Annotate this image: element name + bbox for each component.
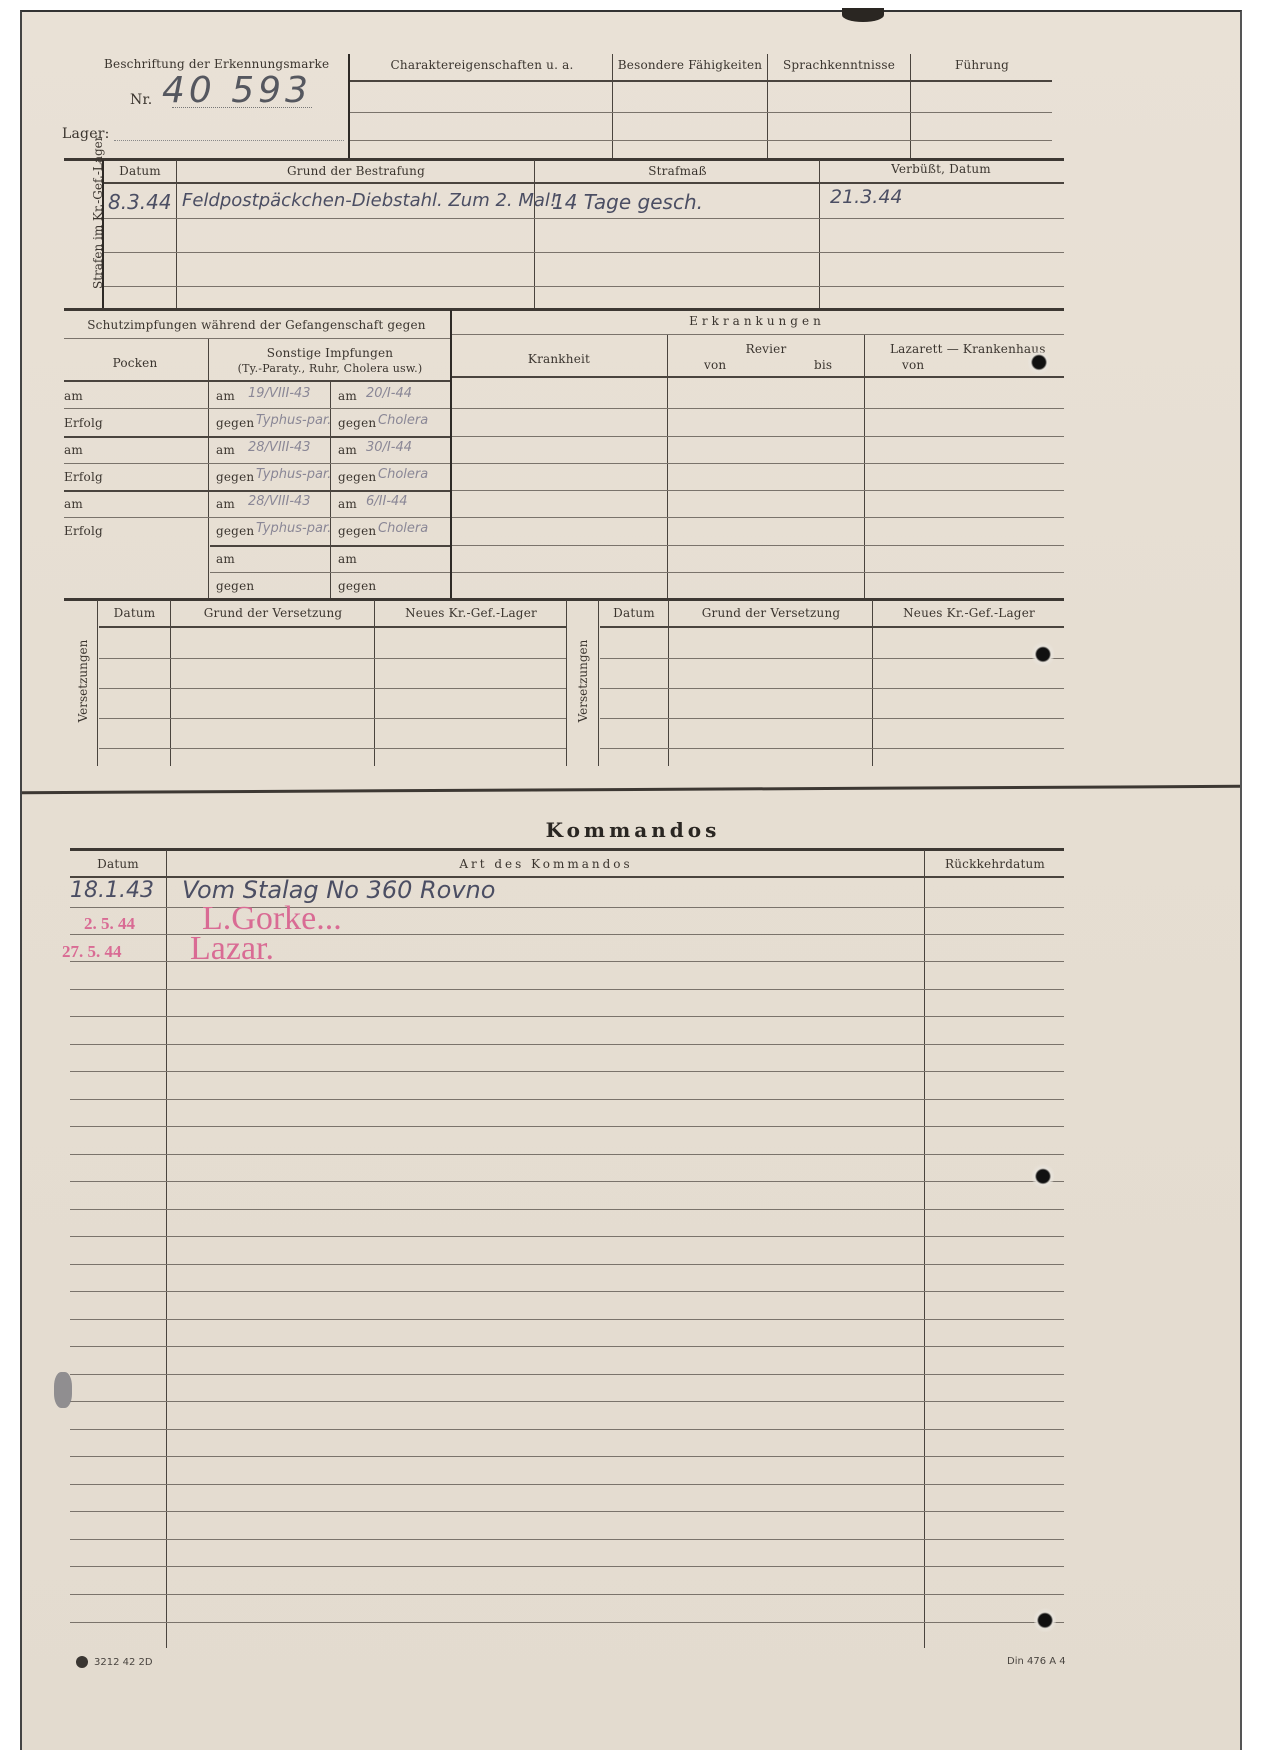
vacc-am-label: am	[338, 389, 357, 403]
col-date: Datum	[104, 164, 176, 178]
punishment-date: 8.3.44	[108, 190, 172, 214]
vacc-gegen-label: gegen	[216, 470, 254, 484]
publisher-logo-icon	[76, 1656, 88, 1668]
hospital-from: von	[902, 358, 924, 372]
camp-field[interactable]	[114, 140, 344, 141]
vacc-a-against-3: Typhus-par.	[256, 521, 331, 536]
vacc-am-label: am	[338, 443, 357, 457]
pox-erfolg-1: Erfolg	[64, 416, 103, 430]
col-other-vacc-sub: (Ty.-Paraty., Ruhr, Cholera usw.)	[210, 362, 450, 375]
kommando-row-3-type: Lazar.	[190, 930, 274, 968]
col-hospital: Lazarett — Krankenhaus	[890, 342, 1046, 356]
vacc-b-date-2: 30/I-44	[366, 440, 412, 455]
vacc-am-label: am	[338, 552, 357, 566]
kommando-row-3-date: 27. 5. 44	[62, 942, 122, 962]
vacc-am-label: am	[338, 497, 357, 511]
print-code: 3212 42 2D	[76, 1656, 153, 1668]
col-character: Charaktereigenschaften u. a.	[352, 58, 612, 72]
col-reason: Grund der Bestrafung	[178, 164, 534, 178]
col-served-date: Verbüßt, Datum	[821, 162, 1061, 176]
vacc-a-against-1: Typhus-par.	[256, 413, 331, 428]
pox-erfolg-2: Erfolg	[64, 470, 103, 484]
vacc-gegen-label: gegen	[338, 524, 376, 538]
vacc-gegen-label: gegen	[216, 524, 254, 538]
vacc-am-label: am	[216, 443, 235, 457]
col-illness: Krankheit	[452, 352, 666, 366]
kommando-row-1-date: 18.1.43	[70, 878, 154, 903]
vacc-am-label: am	[216, 497, 235, 511]
vacc-gegen-label: gegen	[338, 416, 376, 430]
pow-number: 40 593	[162, 70, 312, 111]
vacc-b-against-1: Cholera	[378, 413, 428, 428]
vacc-a-date-1: 19/VIII-43	[248, 386, 311, 401]
vacc-am-label: am	[216, 389, 235, 403]
vacc-b-date-3: 6/II-44	[366, 494, 408, 509]
kommando-col-type: Art des Kommandos	[168, 857, 924, 871]
vacc-gegen-label: gegen	[216, 416, 254, 430]
vacc-b-date-1: 20/I-44	[366, 386, 412, 401]
id-tag-label: Beschriftung der Erkennungsmarke	[104, 57, 329, 71]
ward-to: bis	[814, 358, 832, 372]
punishment-reason: Feldpostpäckchen-Diebstahl. Zum 2. Mal!	[182, 190, 557, 211]
col-ward: Revier	[669, 342, 863, 356]
record-card: Beschriftung der Erkennungsmarke Nr. 40 …	[20, 10, 1242, 1750]
vaccinations-title: Schutzimpfungen während der Gefangenscha…	[64, 318, 449, 332]
print-code-text: 3212 42 2D	[94, 1657, 153, 1668]
pox-am-1: am	[64, 389, 83, 403]
vacc-a-date-3: 28/VIII-43	[248, 494, 311, 509]
col-pox: Pocken	[64, 356, 206, 370]
din-code: Din 476 A 4	[1007, 1656, 1066, 1667]
vacc-a-against-2: Typhus-par.	[256, 467, 331, 482]
vacc-b-against-3: Cholera	[378, 521, 428, 536]
transfer-col-reason: Grund der Versetzung	[670, 606, 872, 620]
vacc-gegen-label: gegen	[216, 579, 254, 593]
vacc-b-against-2: Cholera	[378, 467, 428, 482]
kommandos-title: Kommandos	[22, 818, 1244, 842]
transfers-side-label-right: Versetzungen	[576, 636, 590, 726]
top-tear-icon	[842, 8, 884, 22]
kommando-col-date: Datum	[70, 857, 166, 871]
punishment-penalty: 14 Tage gesch.	[552, 190, 703, 214]
transfer-col-date: Datum	[99, 606, 170, 620]
pox-am-2: am	[64, 443, 83, 457]
number-prefix: Nr.	[130, 92, 152, 108]
vacc-gegen-label: gegen	[338, 470, 376, 484]
stain-mark-icon	[54, 1372, 72, 1408]
punch-hole-icon	[1032, 640, 1054, 666]
col-other-vacc: Sonstige Impfungen	[210, 346, 450, 360]
transfer-col-date: Datum	[600, 606, 668, 620]
punch-hole-icon	[1034, 1606, 1056, 1632]
col-skills: Besondere Fähigkeiten	[614, 58, 766, 72]
col-penalty: Strafmaß	[536, 164, 819, 178]
vacc-am-label: am	[216, 552, 235, 566]
pox-erfolg-3: Erfolg	[64, 524, 103, 538]
transfer-col-reason: Grund der Versetzung	[172, 606, 374, 620]
transfer-col-new-camp: Neues Kr.-Gef.-Lager	[376, 606, 566, 620]
col-conduct: Führung	[912, 58, 1052, 72]
punishment-served: 21.3.44	[830, 186, 903, 208]
illnesses-title: Erkrankungen	[452, 314, 1062, 328]
transfers-side-label-left: Versetzungen	[76, 636, 90, 726]
punch-hole-icon	[1028, 348, 1050, 374]
col-languages: Sprachkenntnisse	[769, 58, 909, 72]
kommando-row-2-date: 2. 5. 44	[84, 914, 135, 934]
pox-am-3: am	[64, 497, 83, 511]
vacc-a-date-2: 28/VIII-43	[248, 440, 311, 455]
punch-hole-icon	[1032, 1162, 1054, 1188]
kommando-col-return: Rückkehrdatum	[926, 857, 1064, 871]
vacc-gegen-label: gegen	[338, 579, 376, 593]
transfer-col-new-camp: Neues Kr.-Gef.-Lager	[874, 606, 1064, 620]
ward-from: von	[704, 358, 726, 372]
